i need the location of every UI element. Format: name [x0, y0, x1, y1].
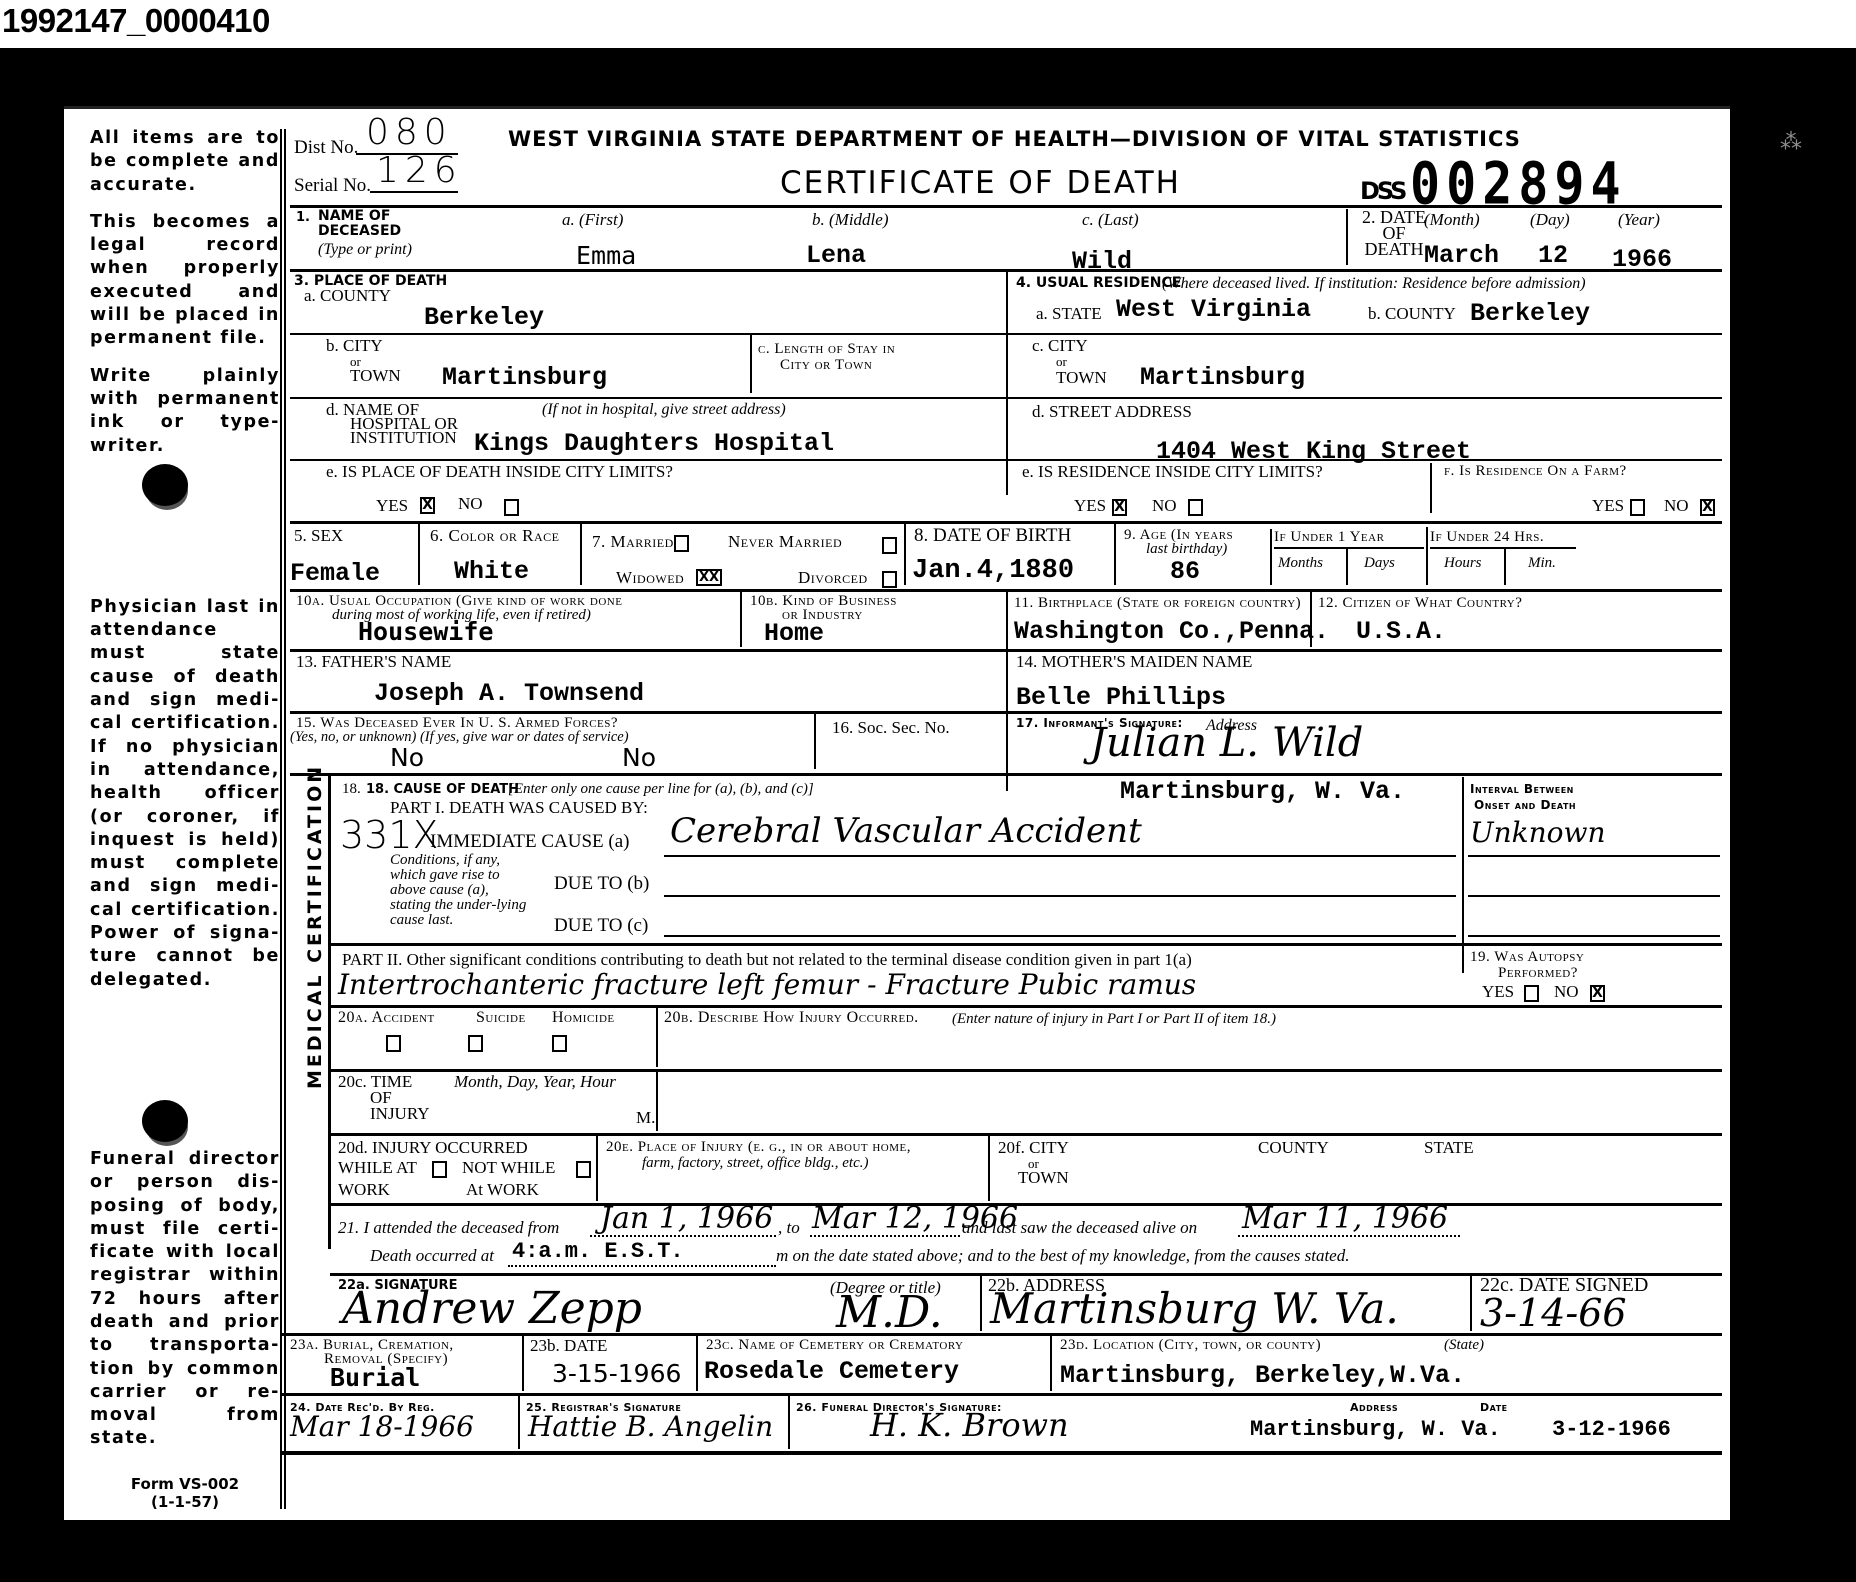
- residence-state[interactable]: West Virginia: [1116, 297, 1311, 322]
- punch-hole-icon: [142, 464, 188, 506]
- date-of-birth[interactable]: Jan.4,1880: [912, 559, 1074, 584]
- death-certificate: All items are to be complete and accurat…: [64, 106, 1730, 1520]
- cemetery-name[interactable]: Rosedale Cemetery: [704, 1359, 959, 1384]
- race[interactable]: White: [454, 559, 529, 584]
- time-of-death[interactable]: 4:a.m. E.S.T.: [512, 1239, 684, 1264]
- date-received[interactable]: Mar 18-1966: [290, 1413, 474, 1441]
- dist-no[interactable]: 080: [366, 119, 453, 147]
- death-day[interactable]: 12: [1538, 243, 1568, 268]
- cause-code[interactable]: 331X: [340, 821, 439, 849]
- immediate-cause[interactable]: Cerebral Vascular Accident: [670, 817, 1142, 845]
- hospital-name[interactable]: Kings Daughters Hospital: [474, 431, 834, 456]
- informant-address[interactable]: Martinsburg, W. Va.: [1120, 779, 1405, 804]
- physician-degree[interactable]: M.D.: [836, 1299, 943, 1327]
- instruction-physician: Physician last in attendance must state …: [90, 596, 280, 992]
- burial-date[interactable]: 3-15-1966: [552, 1361, 681, 1386]
- funeral-director-address[interactable]: Martinsburg, W. Va.: [1250, 1417, 1501, 1442]
- certificate-title: CERTIFICATE OF DEATH: [780, 165, 1181, 201]
- death-inside-yes-checkbox[interactable]: X: [420, 497, 435, 514]
- homicide-checkbox[interactable]: [552, 1035, 567, 1052]
- name-label: NAME OF DECEASED: [318, 209, 418, 239]
- funeral-director-signature[interactable]: H. K. Brown: [870, 1411, 1069, 1439]
- widowed-checkbox[interactable]: XX: [696, 569, 722, 586]
- farm-no-checkbox[interactable]: X: [1700, 499, 1715, 516]
- divorced-checkbox[interactable]: [882, 571, 897, 588]
- sex[interactable]: Female: [290, 561, 380, 586]
- never-married-checkbox[interactable]: [882, 537, 897, 554]
- accident-checkbox[interactable]: [386, 1035, 401, 1052]
- funeral-director-date[interactable]: 3-12-1966: [1552, 1417, 1671, 1442]
- autopsy-yes-checkbox[interactable]: [1524, 985, 1539, 1002]
- armed-forces[interactable]: No: [390, 745, 424, 770]
- dist-no-label: Dist No.: [294, 139, 358, 156]
- while-at-work-checkbox[interactable]: [432, 1161, 447, 1178]
- informant-signature[interactable]: Julian L. Wild: [1090, 729, 1363, 757]
- citizen[interactable]: U.S.A.: [1356, 619, 1446, 644]
- physician-address[interactable]: Martinsburg W. Va.: [990, 1295, 1399, 1323]
- age[interactable]: 86: [1170, 559, 1200, 584]
- physician-signature[interactable]: Andrew Zepp: [342, 1295, 642, 1323]
- instructions-column: All items are to be complete and accurat…: [64, 109, 288, 1520]
- registrar-signature[interactable]: Hattie B. Angelin: [528, 1413, 773, 1441]
- other-conditions[interactable]: Intertrochanteric fracture left femur - …: [338, 971, 1196, 999]
- instruction-complete: All items are to be complete and accurat…: [90, 127, 280, 197]
- first-name[interactable]: Emma: [576, 243, 636, 268]
- armed-forces-service[interactable]: No: [622, 745, 656, 770]
- death-county[interactable]: Berkeley: [424, 305, 544, 330]
- certificate-prefix: DSS: [1360, 177, 1404, 205]
- onset-interval[interactable]: Unknown: [1470, 819, 1606, 847]
- residence-city[interactable]: Martinsburg: [1140, 365, 1305, 390]
- file-id: 1992147_0000410: [2, 2, 270, 40]
- date-of-death-label: 2. DATE OF DEATH: [1354, 209, 1434, 257]
- mother-maiden-name[interactable]: Belle Phillips: [1016, 685, 1226, 710]
- death-month[interactable]: March: [1424, 243, 1499, 268]
- farm-yes-checkbox[interactable]: [1630, 499, 1645, 516]
- medical-certification-label: MEDICAL CERTIFICATION: [304, 764, 326, 1089]
- burial-location[interactable]: Martinsburg, Berkeley,W.Va.: [1060, 1363, 1465, 1388]
- instruction-write: Write plainly with permanent ink or type…: [90, 365, 280, 458]
- residence-inside-no-checkbox[interactable]: [1188, 499, 1203, 516]
- agency-title: WEST VIRGINIA STATE DEPARTMENT OF HEALTH…: [508, 127, 1521, 151]
- residence-inside-yes-checkbox[interactable]: X: [1112, 499, 1127, 516]
- form-code: Form VS-002 (1-1-57): [90, 1475, 280, 1511]
- residence-county[interactable]: Berkeley: [1470, 301, 1590, 326]
- form-body: Dist No. 080 Serial No. 126 WEST VIRGINI…: [290, 109, 1722, 1520]
- physician-date-signed[interactable]: 3-14-66: [1480, 1299, 1627, 1327]
- father-name[interactable]: Joseph A. Townsend: [374, 681, 644, 706]
- serial-no[interactable]: 126: [376, 157, 463, 185]
- serial-no-label: Serial No.: [294, 177, 371, 194]
- disposition-method[interactable]: Burial: [330, 1365, 420, 1390]
- suicide-checkbox[interactable]: [468, 1035, 483, 1052]
- death-inside-no-checkbox[interactable]: [504, 499, 519, 516]
- column-divider: [280, 129, 286, 1509]
- birthplace[interactable]: Washington Co.,Penna.: [1014, 619, 1329, 644]
- occupation[interactable]: Housewife: [358, 619, 493, 644]
- business[interactable]: Home: [764, 621, 824, 646]
- instruction-funeral: Funeral director or person dis-posing of…: [90, 1148, 280, 1451]
- death-city[interactable]: Martinsburg: [442, 365, 607, 390]
- middle-name[interactable]: Lena: [806, 243, 866, 268]
- instruction-legal: This becomes a legal record when properl…: [90, 211, 280, 351]
- scan-speck: ⁂: [1780, 130, 1802, 155]
- attended-from-date[interactable]: Jan 1, 1966: [600, 1205, 773, 1233]
- last-seen-alive-date[interactable]: Mar 11, 1966: [1242, 1205, 1448, 1233]
- punch-hole-icon: [142, 1100, 188, 1142]
- autopsy-no-checkbox[interactable]: X: [1590, 985, 1605, 1002]
- not-while-at-work-checkbox[interactable]: [576, 1161, 591, 1178]
- married-checkbox[interactable]: [674, 535, 689, 552]
